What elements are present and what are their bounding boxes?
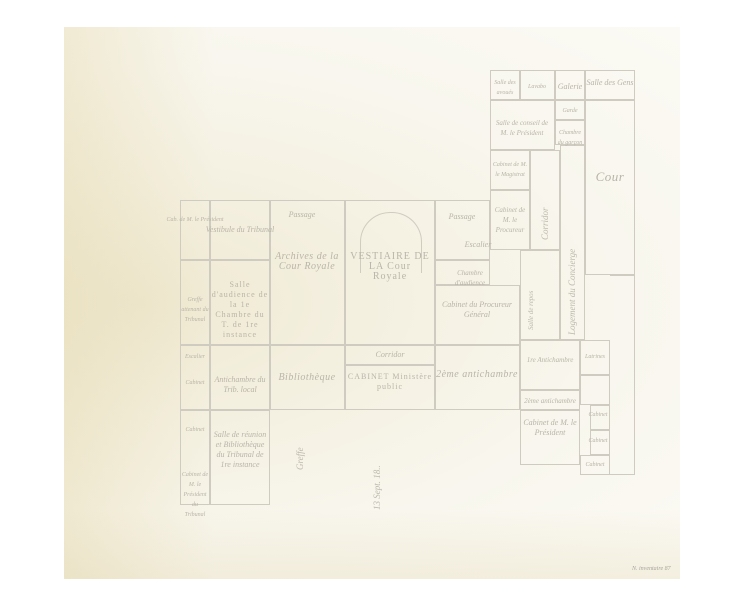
label-antichambre-1: 1re Antichambre: [521, 355, 579, 365]
label-chambre-garcon: Chambre du garçon: [556, 128, 584, 148]
label-corridor-vertical: Corridor: [540, 207, 550, 240]
building-outline-right: [610, 275, 635, 475]
label-cabinet-small: Cabinet: [186, 425, 205, 435]
label-salle-gens: Salle des Gens: [586, 78, 634, 88]
label-cabinet-ministere: CABINET Ministère public: [348, 372, 433, 392]
label-archives: Archives de la Cour Royale: [272, 252, 342, 272]
label-bibliotheque: Bibliothèque: [278, 373, 335, 383]
room-salle-repos: [520, 250, 560, 340]
label-escalier-mid: Escalier: [465, 240, 492, 250]
label-escalier-small: Escalier: [185, 352, 205, 362]
label-lavabo: Lavabo: [528, 82, 546, 92]
label-cabinet-bottom: Cabinet de M. le Président: [521, 418, 579, 438]
label-chambre-audience: Chambre d'audience: [445, 268, 495, 288]
label-passage: Passage: [289, 210, 316, 220]
label-cabinet-magistrat: Cabinet de M. le Magistrat: [491, 160, 529, 180]
room-passage: [435, 200, 490, 260]
label-antichambre-2: 2ème antichambre: [521, 396, 579, 406]
room-escalier-right: [580, 375, 610, 405]
label-salle-reunion: Salle de réunion et Bibliothèque du Trib…: [211, 430, 269, 470]
annotation-greffe: Greffe: [295, 447, 305, 470]
label-galerie: Galerie: [558, 82, 582, 92]
room-antichambre-1: [520, 340, 580, 390]
label-vestibule-tribunal: Vestibule du Tribunal: [206, 225, 274, 235]
label-salle-conseil: Salle de conseil de M. le Président: [492, 118, 552, 138]
label-cabinet-m-procureur: Cabinet de M. le Procureur: [491, 205, 529, 235]
label-cabinet-r1: Cabinet: [589, 410, 608, 420]
label-cabinet-r3: Cabinet: [586, 460, 605, 470]
label-greffe: Greffe attenant du Tribunal: [181, 295, 209, 325]
floor-plan: Cab. de M. le Président Vestibule du Tri…: [0, 0, 733, 599]
label-latrines: Latrines: [585, 352, 605, 362]
label-antichambre: Antichambre du Trib. local: [211, 375, 269, 395]
label-vestiaire: VESTIAIRE DE LA Cour Royale: [350, 252, 430, 282]
label-corridor: Corridor: [376, 350, 405, 360]
annotation-date: 13 Sept. 18..: [372, 465, 382, 510]
label-cour: Cour: [596, 172, 625, 182]
label-salle-audience: Salle d'audience de la 1e Chambre du T. …: [211, 280, 269, 340]
label-cabinet-procureur: Cabinet du Procureur Général: [437, 300, 517, 320]
label-salle-avoues: Salle des avoués: [491, 78, 519, 98]
room-cour: [585, 100, 635, 275]
label-logement: Logement du Concierge: [567, 249, 577, 335]
room-archives: [270, 200, 345, 345]
label-passage-right: Passage: [449, 212, 476, 222]
label-cabinet-tribunal: Cab. de M. le Président: [167, 215, 224, 225]
label-cabinet-r2: Cabinet: [589, 436, 608, 446]
label-cabinet-president: Cabinet de M. le Président du Tribunal: [181, 470, 209, 520]
label-deuxieme-antichambre: 2ème antichambre: [436, 370, 518, 380]
label-cabinet-2: Cabinet: [186, 378, 205, 388]
label-salle-repos: Salle de repos: [527, 291, 535, 330]
inventory-note: N. inventaire 87: [632, 566, 671, 572]
label-garde: Garde: [562, 106, 577, 116]
